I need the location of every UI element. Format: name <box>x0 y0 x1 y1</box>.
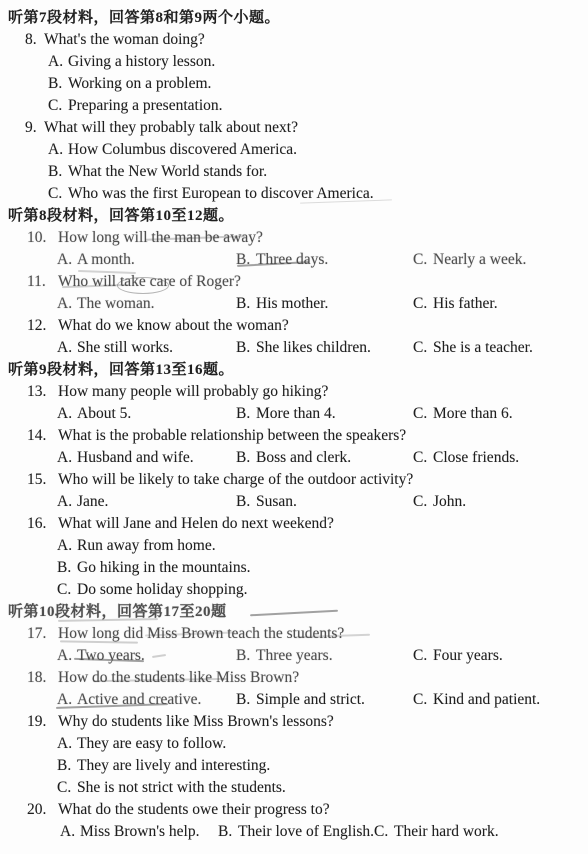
option-20c: C.Their hard work. <box>374 821 499 843</box>
option-text: The woman. <box>77 295 154 312</box>
option-text: Two years. <box>77 647 145 664</box>
question-text: What do we know about the woman? <box>58 317 289 334</box>
option-13a: A.About 5. <box>57 403 131 425</box>
option-label: A. <box>48 139 68 161</box>
option-16b: B.Go hiking in the mountains. <box>0 557 588 579</box>
option-19a: A.They are easy to follow. <box>0 733 588 755</box>
question-9: 9.What will they probably talk about nex… <box>0 117 588 139</box>
option-12c: C.She is a teacher. <box>413 337 533 359</box>
option-10b: B.Three days. <box>236 249 328 271</box>
question-8: 8.What's the woman doing? <box>0 29 588 51</box>
option-label: B. <box>236 249 256 271</box>
option-8c: C.Preparing a presentation. <box>0 95 588 117</box>
option-16a: A.Run away from home. <box>0 535 588 557</box>
option-label: C. <box>413 447 433 469</box>
question-number: 17. <box>27 623 58 645</box>
question-text: How do the students like Miss Brown? <box>58 669 299 686</box>
question-text: How many people will probably go hiking? <box>58 383 328 400</box>
option-15b: B.Susan. <box>236 491 297 513</box>
question-text: What is the probable relationship betwee… <box>58 427 406 444</box>
option-16c: C.Do some holiday shopping. <box>0 579 588 601</box>
option-text: Do some holiday shopping. <box>77 581 248 598</box>
option-9b: B.What the New World stands for. <box>0 161 588 183</box>
question-number: 14. <box>27 425 58 447</box>
option-label: A. <box>57 491 77 513</box>
question-11: 11.Who will take care of Roger? <box>0 271 588 293</box>
pen-mark <box>117 277 169 294</box>
option-text: How Columbus discovered America. <box>68 141 297 158</box>
options-row-12: A.She still works. B.She likes children.… <box>0 337 588 359</box>
option-11c: C.His father. <box>413 293 498 315</box>
option-text: She is not strict with the students. <box>77 779 286 796</box>
option-10a: A.A month. <box>57 249 135 271</box>
option-text: She is a teacher. <box>433 339 533 356</box>
option-14a: A.Husband and wife. <box>57 447 194 469</box>
option-text: Husband and wife. <box>77 449 194 466</box>
option-label: A. <box>57 535 77 557</box>
option-13c: C.More than 6. <box>413 403 513 425</box>
option-label: C. <box>57 777 77 799</box>
option-label: C. <box>374 821 394 843</box>
option-label: C. <box>413 293 433 315</box>
question-16: 16.What will Jane and Helen do next week… <box>0 513 588 535</box>
question-number: 11. <box>27 271 58 293</box>
option-text: Susan. <box>256 493 297 510</box>
question-14: 14.What is the probable relationship bet… <box>0 425 588 447</box>
option-text: Kind and patient. <box>433 691 540 708</box>
option-text: Working on a problem. <box>68 75 211 92</box>
option-text: Three days. <box>256 251 328 268</box>
option-text: Nearly a week. <box>433 251 526 268</box>
option-20a: A.Miss Brown's help. <box>60 821 199 843</box>
option-label: B. <box>236 491 256 513</box>
option-label: B. <box>57 755 77 777</box>
option-label: B. <box>48 161 68 183</box>
option-text: Giving a history lesson. <box>68 53 215 70</box>
option-text: Run away from home. <box>77 537 216 554</box>
option-text: Go hiking in the mountains. <box>77 559 251 576</box>
option-label: C. <box>413 689 433 711</box>
option-text: His father. <box>433 295 498 312</box>
question-text: What will Jane and Helen do next weekend… <box>58 515 334 532</box>
option-label: B. <box>236 403 256 425</box>
question-text: What do the students owe their progress … <box>58 801 330 818</box>
question-number: 18. <box>27 667 58 689</box>
option-18c: C.Kind and patient. <box>413 689 540 711</box>
options-row-20: A.Miss Brown's help. B.Their love of Eng… <box>0 821 588 843</box>
question-text: What's the woman doing? <box>44 31 205 48</box>
question-19: 19.Why do students like Miss Brown's les… <box>0 711 588 733</box>
option-17a: A.Two years. <box>57 645 145 667</box>
option-label: A. <box>57 733 77 755</box>
option-label: A. <box>57 337 77 359</box>
option-11a: A.The woman. <box>57 293 154 315</box>
question-12: 12.What do we know about the woman? <box>0 315 588 337</box>
option-label: C. <box>413 337 433 359</box>
question-text: Why do students like Miss Brown's lesson… <box>58 713 334 730</box>
question-13: 13.How many people will probably go hiki… <box>0 381 588 403</box>
section-header-material-7: 听第7段材料，回答第8和第9两个小题。 <box>0 7 588 29</box>
option-15c: C.John. <box>413 491 466 513</box>
option-text: Their love of English. <box>238 823 374 840</box>
option-text: Preparing a presentation. <box>68 97 223 114</box>
section-header-material-8: 听第8段材料，回答第10至12题。 <box>0 205 588 227</box>
question-number: 10. <box>27 227 58 249</box>
option-label: B. <box>57 557 77 579</box>
option-text: Four years. <box>433 647 503 664</box>
option-label: B. <box>236 447 256 469</box>
listening-test-body: 听第7段材料，回答第8和第9两个小题。 8.What's the woman d… <box>0 7 588 843</box>
option-14b: B.Boss and clerk. <box>236 447 351 469</box>
option-label: B. <box>48 73 68 95</box>
option-label: A. <box>60 821 80 843</box>
options-row-17: A.Two years. B.Three years. C.Four years… <box>0 645 588 667</box>
option-label: C. <box>413 645 433 667</box>
option-label: A. <box>57 447 77 469</box>
option-text: John. <box>433 493 466 510</box>
option-label: A. <box>57 293 77 315</box>
option-text: Close friends. <box>433 449 519 466</box>
question-number: 19. <box>27 711 58 733</box>
option-9a: A.How Columbus discovered America. <box>0 139 588 161</box>
option-text: Simple and strict. <box>256 691 365 708</box>
option-text: Who was the first European to discover A… <box>68 185 374 202</box>
option-label: C. <box>413 403 433 425</box>
option-14c: C.Close friends. <box>413 447 519 469</box>
option-text: What the New World stands for. <box>68 163 267 180</box>
option-label: C. <box>48 183 68 205</box>
question-number: 20. <box>27 799 58 821</box>
question-text: Who will be likely to take charge of the… <box>58 471 413 488</box>
options-row-11: A.The woman. B.His mother. C.His father. <box>0 293 588 315</box>
option-17b: B.Three years. <box>236 645 333 667</box>
option-12a: A.She still works. <box>57 337 173 359</box>
option-18b: B.Simple and strict. <box>236 689 365 711</box>
question-number: 12. <box>27 315 58 337</box>
options-row-15: A.Jane. B.Susan. C.John. <box>0 491 588 513</box>
option-text: Three years. <box>256 647 333 664</box>
option-text: More than 6. <box>433 405 513 422</box>
options-row-13: A.About 5. B.More than 4. C.More than 6. <box>0 403 588 425</box>
question-number: 16. <box>27 513 58 535</box>
question-18: 18.How do the students like Miss Brown? <box>0 667 588 689</box>
option-text: His mother. <box>256 295 328 312</box>
option-20b: B.Their love of English. <box>218 821 374 843</box>
question-number: 15. <box>27 469 58 491</box>
option-17c: C.Four years. <box>413 645 503 667</box>
options-row-14: A.Husband and wife. B.Boss and clerk. C.… <box>0 447 588 469</box>
option-19b: B.They are lively and interesting. <box>0 755 588 777</box>
scanned-test-page: 听第7段材料，回答第8和第9两个小题。 8.What's the woman d… <box>0 0 588 854</box>
question-number: 8. <box>25 29 44 51</box>
option-label: C. <box>48 95 68 117</box>
option-18a: A.Active and creative. <box>57 689 201 711</box>
option-label: B. <box>236 689 256 711</box>
options-row-10: A.A month. B.Three days. C.Nearly a week… <box>0 249 588 271</box>
option-text: Their hard work. <box>394 823 499 840</box>
option-text: About 5. <box>77 405 131 422</box>
option-text: Jane. <box>77 493 108 510</box>
option-8a: A.Giving a history lesson. <box>0 51 588 73</box>
option-text: They are lively and interesting. <box>77 757 270 774</box>
option-label: C. <box>57 579 77 601</box>
option-label: C. <box>413 249 433 271</box>
question-number: 13. <box>27 381 58 403</box>
question-number: 9. <box>25 117 44 139</box>
option-label: A. <box>57 403 77 425</box>
question-15: 15.Who will be likely to take charge of … <box>0 469 588 491</box>
option-label: C. <box>413 491 433 513</box>
option-label: A. <box>48 51 68 73</box>
question-text: What will they probably talk about next? <box>44 119 298 136</box>
option-label: B. <box>236 337 256 359</box>
option-label: A. <box>57 645 77 667</box>
option-text: More than 4. <box>256 405 336 422</box>
option-10c: C.Nearly a week. <box>413 249 526 271</box>
option-15a: A.Jane. <box>57 491 108 513</box>
section-header-material-9: 听第9段材料，回答第13至16题。 <box>0 359 588 381</box>
option-text: She likes children. <box>256 339 371 356</box>
question-10: 10.How long will the man be away? <box>0 227 588 249</box>
option-text: She still works. <box>77 339 173 356</box>
option-text: A month. <box>77 251 135 268</box>
question-20: 20.What do the students owe their progre… <box>0 799 588 821</box>
option-12b: B.She likes children. <box>236 337 371 359</box>
option-8b: B.Working on a problem. <box>0 73 588 95</box>
option-label: B. <box>236 645 256 667</box>
option-text: Boss and clerk. <box>256 449 351 466</box>
option-text: They are easy to follow. <box>77 735 226 752</box>
option-text: Miss Brown's help. <box>80 823 199 840</box>
option-label: A. <box>57 249 77 271</box>
option-label: B. <box>236 293 256 315</box>
option-19c: C.She is not strict with the students. <box>0 777 588 799</box>
option-9c: C.Who was the first European to discover… <box>0 183 588 205</box>
option-label: B. <box>218 821 238 843</box>
options-row-18: A.Active and creative. B.Simple and stri… <box>0 689 588 711</box>
option-13b: B.More than 4. <box>236 403 336 425</box>
option-11b: B.His mother. <box>236 293 328 315</box>
